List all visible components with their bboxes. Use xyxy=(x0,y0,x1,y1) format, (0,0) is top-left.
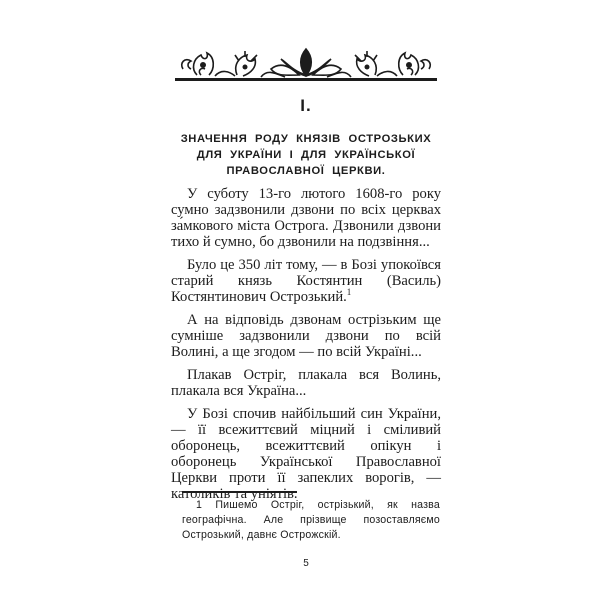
paragraph: У суботу 13-го лютого 1608-го року сумно… xyxy=(171,186,441,250)
paragraph: А на відповідь дзвонам острізьким ще сум… xyxy=(171,312,441,360)
footnote-reference: 1 xyxy=(347,287,352,297)
chapter-title: ЗНАЧЕННЯ РОДУ КНЯЗІВ ОСТРОЗЬКИХ ДЛЯ УКРА… xyxy=(171,131,441,179)
body-text: У суботу 13-го лютого 1608-го року сумно… xyxy=(171,186,441,509)
book-page: I. ЗНАЧЕННЯ РОДУ КНЯЗІВ ОСТРОЗЬКИХ ДЛЯ У… xyxy=(171,0,441,600)
paragraph: У Бозі спочив найбільший син України, — … xyxy=(171,406,441,502)
footnote: 1 Пишемо Остріг, острізький, як назва ге… xyxy=(182,498,440,543)
chapter-number: I. xyxy=(171,96,441,116)
page-number: 5 xyxy=(171,558,441,569)
paragraph: Було це 350 літ тому, — в Бозі упокоївся… xyxy=(171,257,441,305)
footnote-number: 1 xyxy=(196,499,202,511)
floral-ornament-icon xyxy=(175,45,437,85)
footnote-divider xyxy=(182,491,297,493)
footnote-text: Пишемо Остріг, острізький, як назва геог… xyxy=(182,499,440,541)
paragraph: Плакав Остріг, плакала вся Волинь, плака… xyxy=(171,367,441,399)
